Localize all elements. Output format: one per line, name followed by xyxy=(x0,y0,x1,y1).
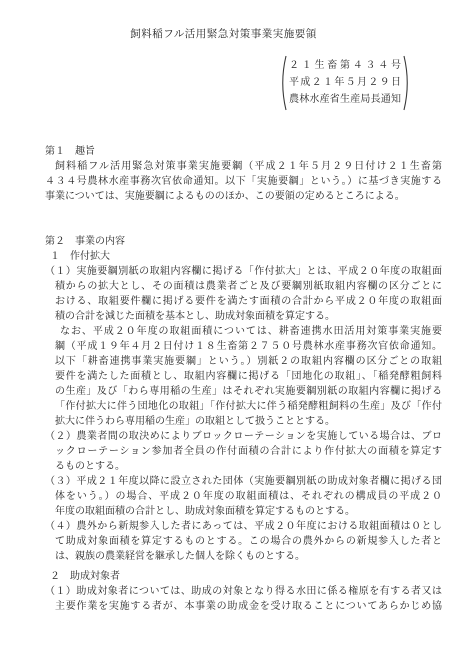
document-line: 主要作業を実施する者が、本事業の助成金を受け取ることについてあらかじめ協 xyxy=(45,599,442,614)
document-line: ２ 助成対象者 xyxy=(45,569,442,584)
document-line: は、親族の農業経営を継承した個人を除くものとする。 xyxy=(45,549,442,564)
document-title: 飼料稲フル活用緊急対策事業実施要領 xyxy=(45,27,402,43)
document-line: 以下「耕畜連携事業実施要綱」という。）別紙２の取組内容欄の区分ごとの取組 xyxy=(45,354,442,369)
document-line: 積からの拡大とし、その面積は農業者ごと及び要綱別紙取組内容欄の区分ごとに xyxy=(45,279,442,294)
document-line: （３）平成２１年度以降に設立された団体（実施要綱別紙の助成対象者欄に掲げる団 xyxy=(45,474,442,489)
notice-line: 平成２１年５月２９日 xyxy=(289,74,401,91)
document-line: なお、平成２０年度の取組面積については、耕畜連携水田活用対策事業実施要 xyxy=(45,324,442,339)
left-paren-icon xyxy=(278,55,287,111)
document-line: おける、取組要件欄に掲げる要件を満たす面積の合計から平成２０年度の取組面 xyxy=(45,294,442,309)
document-line: 拡大に伴うわら専用稲の生産」の取組として扱うこととする。 xyxy=(45,414,442,429)
document-line: て助成対象面積を算定するものとする。この場合の農外からの新規参入した者と xyxy=(45,534,442,549)
right-paren-icon xyxy=(403,55,412,111)
document-line: 体をいう。）の場合、平成２０年度の取組面積は、それぞれの構成員の平成２０ xyxy=(45,489,442,504)
document-line: １ 作付拡大 xyxy=(45,249,442,264)
document-line: （２）農業者間の取決めによりブロックローテーションを実施している場合は、ブロ xyxy=(45,429,442,444)
notice-line: 農林水産省生産局長通知 xyxy=(289,91,401,108)
document-line: るものとする。 xyxy=(45,459,442,474)
document-line: （４）農外から新規参入した者にあっては、平成２０年度における取組面積は０とし xyxy=(45,519,442,534)
document-line: ４３４号農林水産事務次官依命通知。以下「実施要綱」という。）に基づき実施する xyxy=(45,174,442,189)
issuance-notice: ２１生畜第４３４号平成２１年５月２９日農林水産省生産局長通知 xyxy=(45,55,412,111)
document-line: 「作付拡大に伴う団地化の取組」「作付拡大に伴う稲発酵粗飼料の生産」及び「作付 xyxy=(45,399,442,414)
notice-text: ２１生畜第４３４号平成２１年５月２９日農林水産省生産局長通知 xyxy=(289,57,401,108)
notice-line: ２１生畜第４３４号 xyxy=(289,57,401,74)
document-line: 積の合計を減じた面積を基本とし、助成対象面積を算定する。 xyxy=(45,309,442,324)
document-line: 飼料稲フル活用緊急対策事業実施要綱（平成２１年５月２９日付け２１生畜第 xyxy=(45,159,442,174)
document-page: 飼料稲フル活用緊急対策事業実施要領 ２１生畜第４３４号平成２１年５月２９日農林水… xyxy=(0,0,460,645)
document-line: 綱（平成１９年４月２日付け１８生畜第２７５０号農林水産事務次官依命通知。 xyxy=(45,339,442,354)
document-line: 事業については、実施要綱によるもののほか、この要領の定めるところによる。 xyxy=(45,189,442,204)
document-line: （１）助成対象者については、助成の対象となり得る水田に係る権原を有する者又は xyxy=(45,584,442,599)
document-line: ックローテーション参加者全員の作付面積の合計により作付拡大の面積を算定す xyxy=(45,444,442,459)
document-line: 年度の取組面積の合計とし、助成対象面積を算定するものとする。 xyxy=(45,504,442,519)
document-line: の生産」及び「わら専用稲の生産」はそれぞれ実施要綱別紙の取組内容欄に掲げる xyxy=(45,384,442,399)
document-body: 第１ 趣旨飼料稲フル活用緊急対策事業実施要綱（平成２１年５月２９日付け２１生畜第… xyxy=(45,144,442,614)
document-line: （１）実施要綱別紙の取組内容欄に掲げる「作付拡大」とは、平成２０年度の取組面 xyxy=(45,264,442,279)
document-line: 第１ 趣旨 xyxy=(45,144,442,159)
document-line: 要件を満たした面積とし、取組内容欄に掲げる「団地化の取組」、「稲発酵粗飼料 xyxy=(45,369,442,384)
document-line: 第２ 事業の内容 xyxy=(45,234,442,249)
